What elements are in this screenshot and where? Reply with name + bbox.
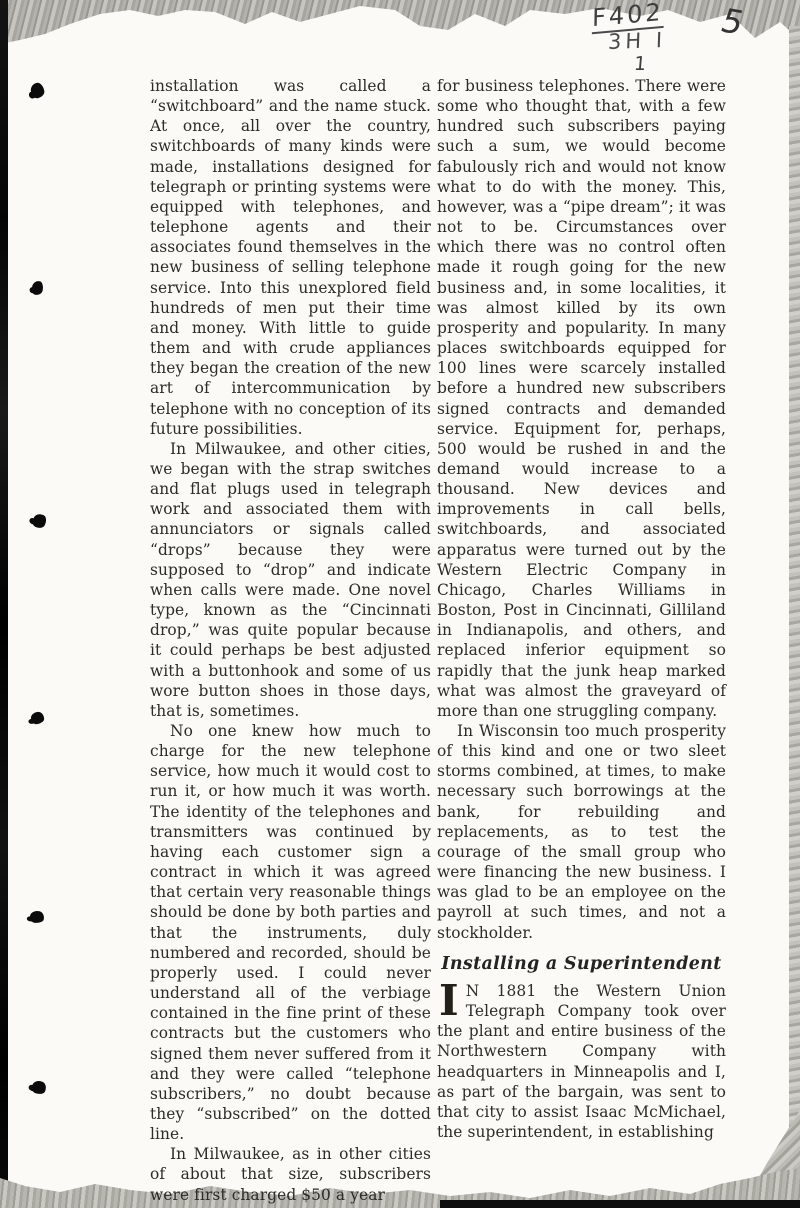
body-paragraph: for business telephones. There were some… xyxy=(437,76,726,721)
body-paragraph: installation was called a “switchboard” … xyxy=(150,76,431,439)
ink-blob xyxy=(30,1079,47,1096)
drop-cap-initial: I xyxy=(437,981,466,1018)
ink-blob xyxy=(31,280,44,296)
right-text-column: for business telephones. There were some… xyxy=(437,76,726,1142)
left-text-column: installation was called a “switchboard” … xyxy=(150,76,431,1205)
ink-blob xyxy=(30,711,45,725)
body-paragraph: In Milwaukee, as in other cities of abou… xyxy=(150,1144,431,1204)
scan-edge-corner xyxy=(742,1110,800,1208)
body-paragraph: In Milwaukee, and other cities, we began… xyxy=(150,439,431,721)
ink-blob xyxy=(31,512,49,530)
scan-edge-right xyxy=(789,26,800,1208)
handwritten-code-mid: 3H I xyxy=(608,28,667,54)
scan-edge-bottom-black xyxy=(440,1200,800,1208)
handwritten-code-bottom: 1 xyxy=(633,53,647,75)
scanned-document-page: F402 3H I 1 5 installation was called a … xyxy=(0,0,800,1208)
ink-blob xyxy=(29,82,45,100)
ink-blob xyxy=(30,910,45,923)
body-paragraph-dropcap: IN 1881 the Western Union Telegraph Comp… xyxy=(437,981,726,1142)
handwritten-page-number: 5 xyxy=(716,1,749,42)
scan-edge-top xyxy=(0,0,800,44)
dropcap-paragraph-text: N 1881 the Western Union Telegraph Compa… xyxy=(437,982,726,1141)
body-paragraph: In Wisconsin too much prosperity of this… xyxy=(437,721,726,943)
section-heading: Installing a Superintendent xyxy=(437,954,726,974)
scan-edge-left xyxy=(0,0,8,1208)
body-paragraph: No one knew how much to charge for the n… xyxy=(150,721,431,1144)
